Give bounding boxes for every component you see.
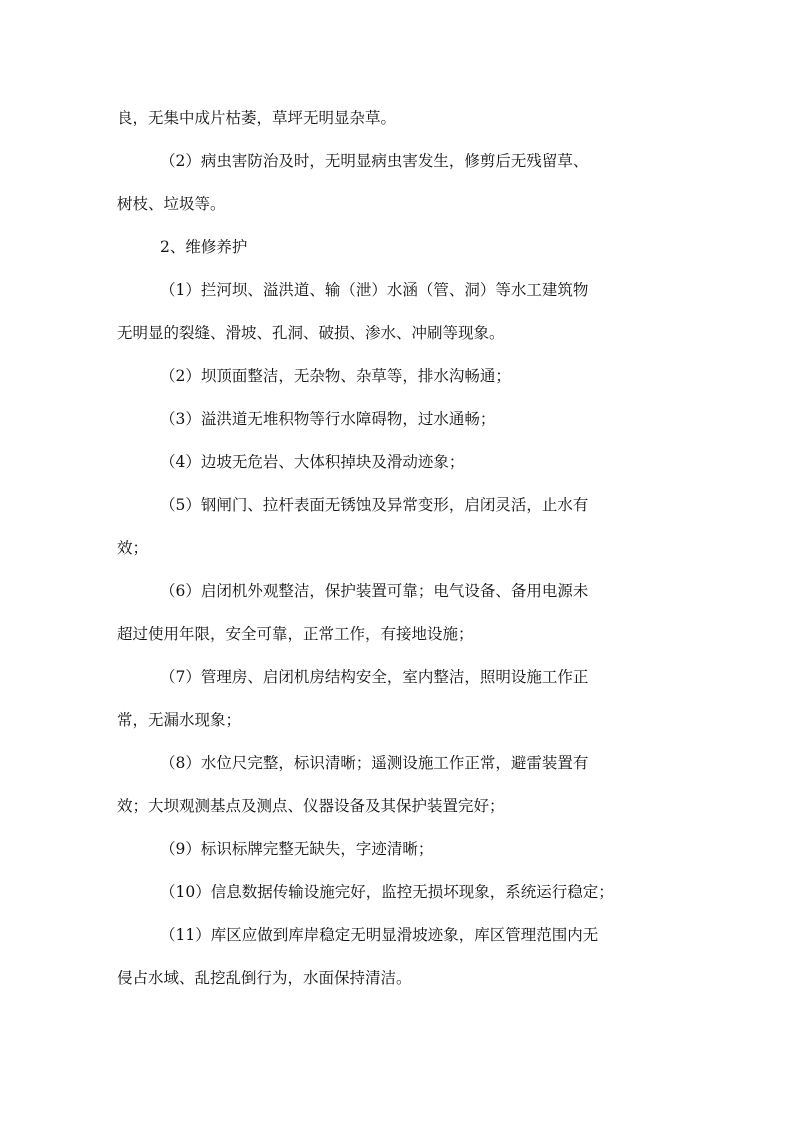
text-line: （6）启闭机外观整洁，保护装置可靠；电气设备、备用电源未 bbox=[117, 577, 683, 620]
text-line: 良，无集中成片枯萎，草坪无明显杂草。 bbox=[117, 104, 683, 147]
text-line: （7）管理房、启闭机房结构安全，室内整洁，照明设施工作正 bbox=[117, 663, 683, 706]
text-line: （10）信息数据传输设施完好，监控无损坏现象，系统运行稳定； bbox=[117, 878, 683, 921]
text-line: （4）边坡无危岩、大体积掉块及滑动迹象； bbox=[117, 448, 683, 491]
text-line: 效；大坝观测基点及测点、仪器设备及其保护装置完好； bbox=[117, 792, 683, 835]
section-heading: 2、维修养护 bbox=[117, 233, 683, 276]
text-line: （5）钢闸门、拉杆表面无锈蚀及异常变形，启闭灵活，止水有 bbox=[117, 491, 683, 534]
text-line: （11）库区应做到库岸稳定无明显滑坡迹象，库区管理范围内无 bbox=[117, 921, 683, 964]
text-line: （3）溢洪道无堆积物等行水障碍物，过水通畅； bbox=[117, 405, 683, 448]
text-line: 无明显的裂缝、滑坡、孔洞、破损、渗水、冲刷等现象。 bbox=[117, 319, 683, 362]
text-line: 效； bbox=[117, 534, 683, 577]
text-line: （9）标识标牌完整无缺失，字迹清晰； bbox=[117, 835, 683, 878]
text-line: （8）水位尺完整，标识清晰；遥测设施工作正常，避雷装置有 bbox=[117, 749, 683, 792]
text-line: （2）病虫害防治及时，无明显病虫害发生，修剪后无残留草、 bbox=[117, 147, 683, 190]
text-line: （2）坝顶面整洁，无杂物、杂草等，排水沟畅通； bbox=[117, 362, 683, 405]
text-line: （1）拦河坝、溢洪道、输（泄）水涵（管、洞）等水工建筑物 bbox=[117, 276, 683, 319]
text-line: 超过使用年限，安全可靠，正常工作，有接地设施； bbox=[117, 620, 683, 663]
text-line: 侵占水域、乱挖乱倒行为，水面保持清洁。 bbox=[117, 964, 683, 1007]
text-line: 常，无漏水现象； bbox=[117, 706, 683, 749]
text-line: 树枝、垃圾等。 bbox=[117, 190, 683, 233]
document-page: 良，无集中成片枯萎，草坪无明显杂草。 （2）病虫害防治及时，无明显病虫害发生，修… bbox=[117, 104, 683, 1007]
